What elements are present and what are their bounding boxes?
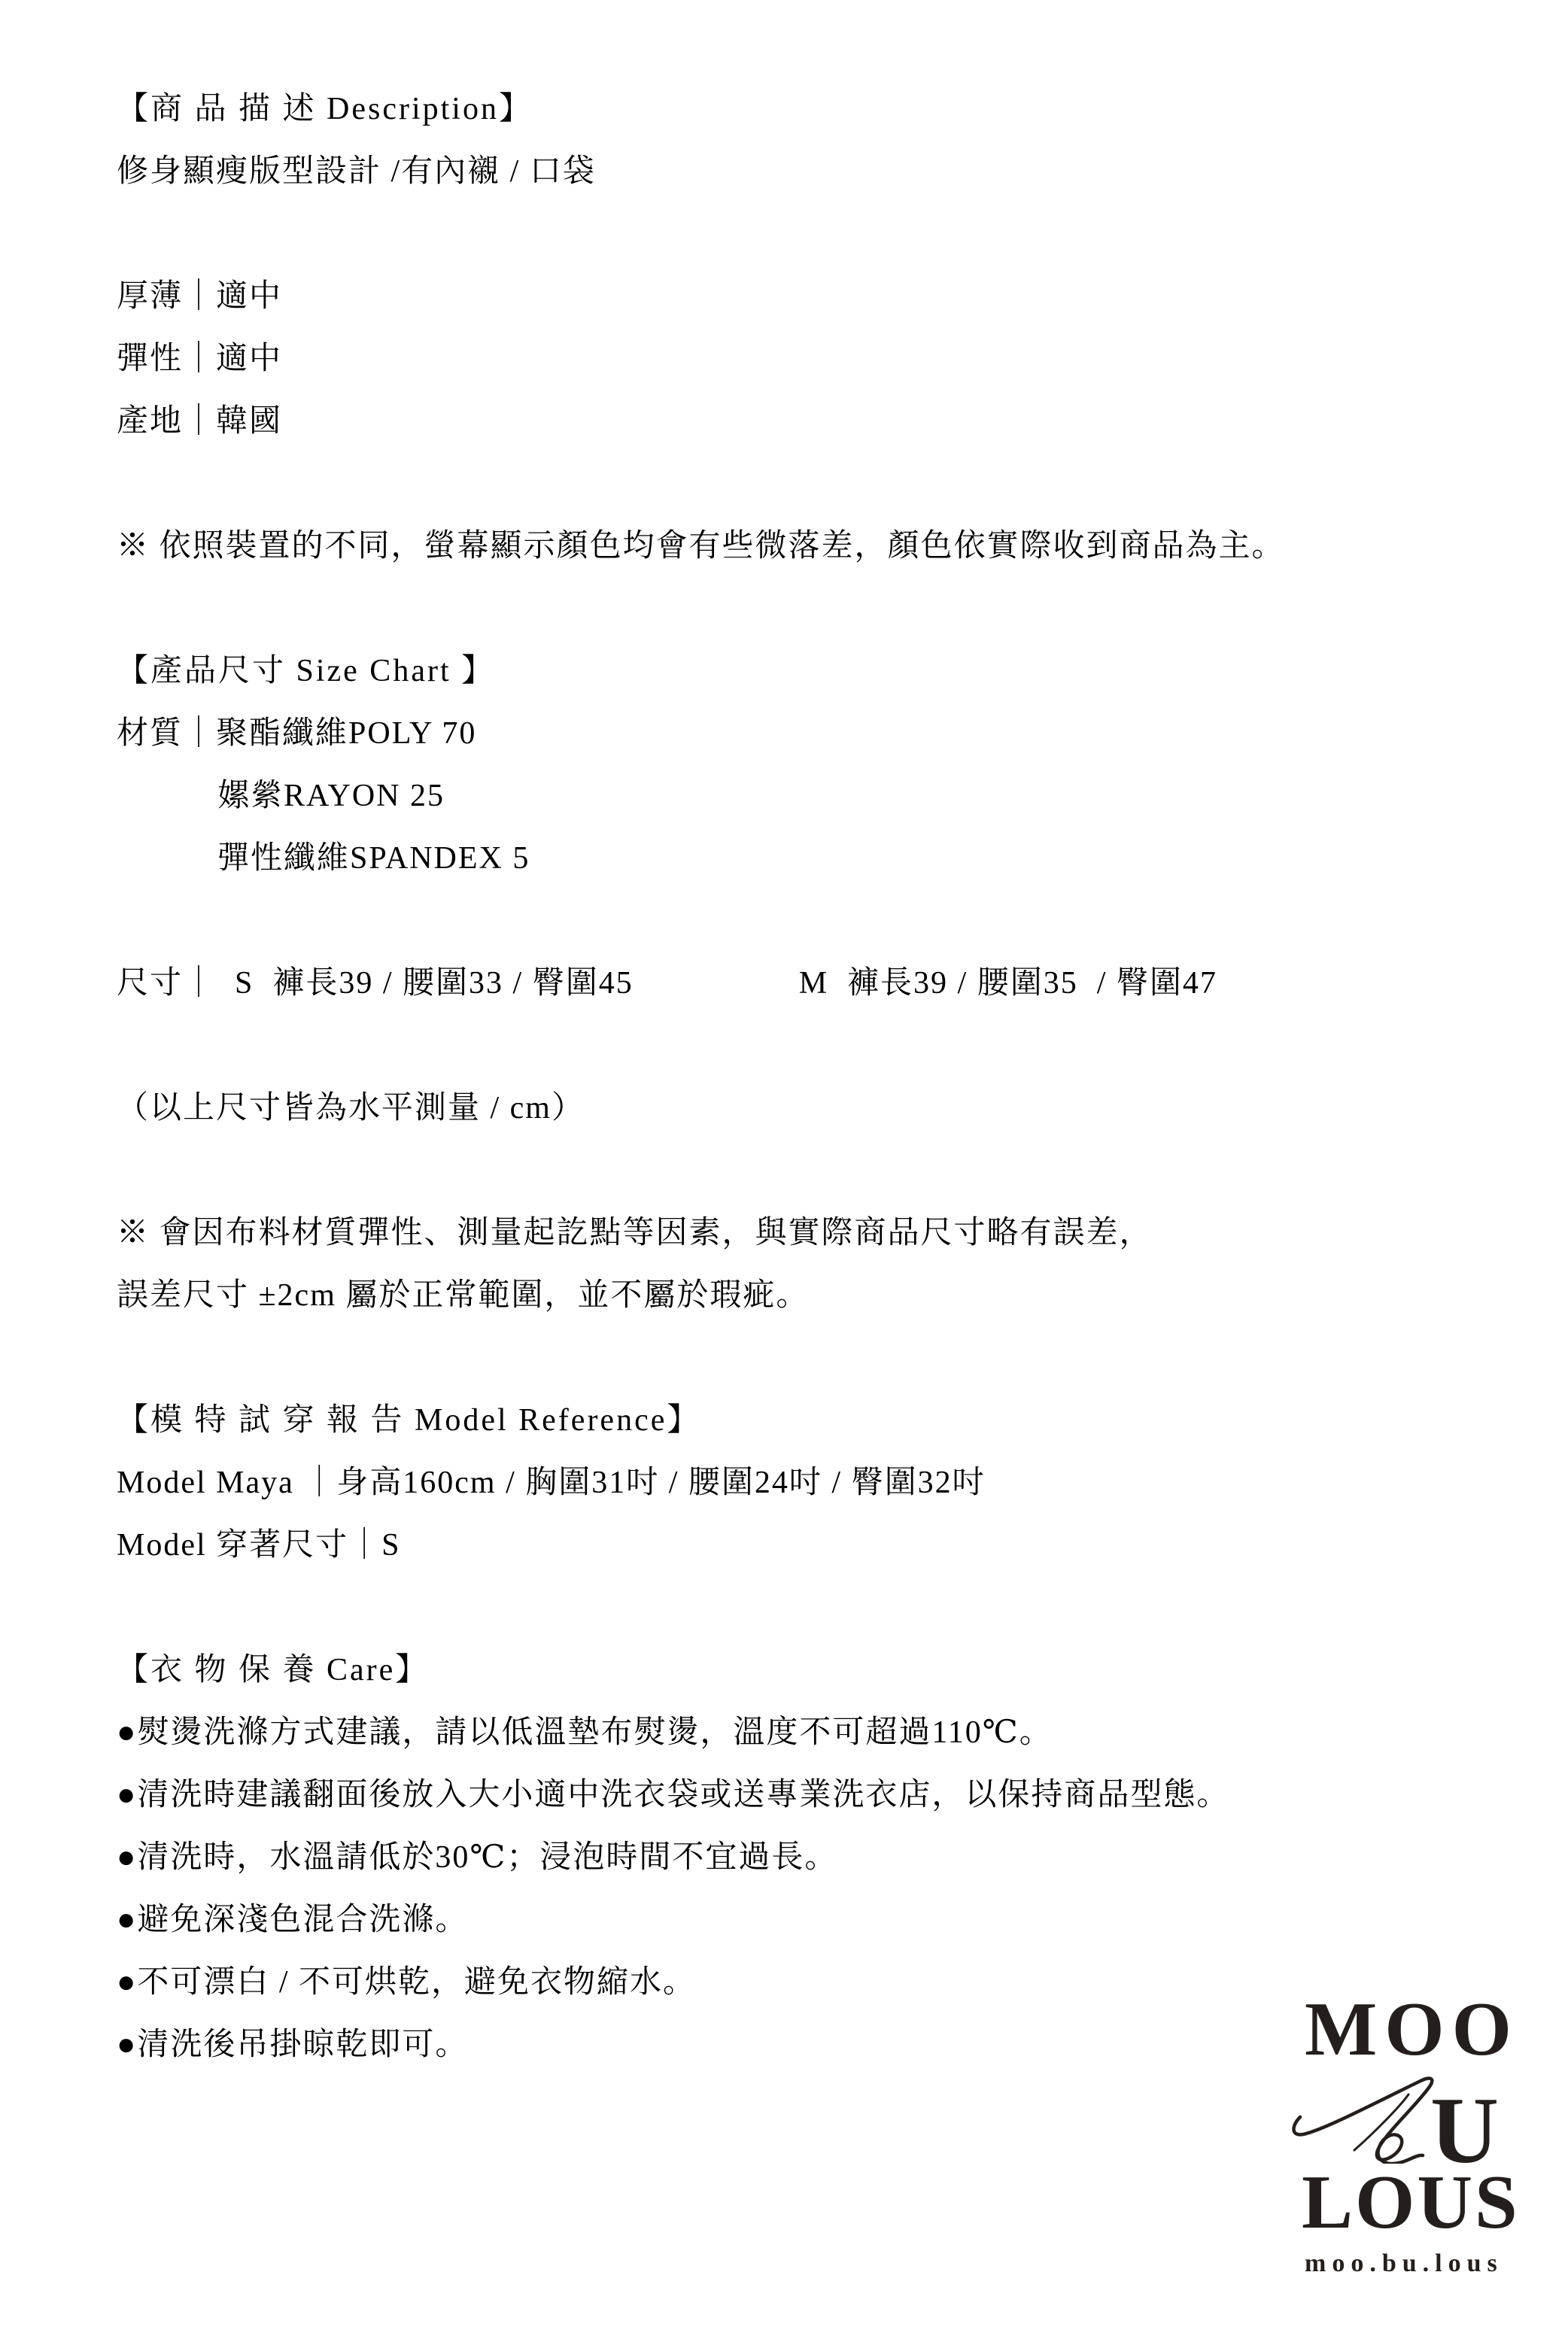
care-item-water-temp: ●清洗時，水溫請低於30℃；浸泡時間不宜過長。 [117,1823,1523,1885]
size-chart-heading: 【產品尺寸 Size Chart 】 [117,636,1523,699]
logo-text-u: U [1430,2084,1499,2179]
attribute-origin: 產地｜韓國 [117,387,1523,449]
section-gap [117,1573,1523,1636]
model-reference-heading: 【模 特 試 穿 報 告 Model Reference】 [117,1386,1523,1448]
section-gap [117,1011,1523,1074]
section-gap [117,1136,1523,1198]
section-gap [117,886,1523,949]
color-disclaimer-note: ※ 依照裝置的不同，螢幕顯示顏色均會有些微落差，顏色依實際收到商品為主。 [117,512,1523,574]
size-s-measurements: 尺寸｜ S 褲長39 / 腰圍33 / 臀圍45 [117,958,634,1003]
care-heading: 【衣 物 保 養 Care】 [117,1636,1523,1698]
section-gap [117,449,1523,512]
care-item-ironing: ●熨燙洗滌方式建議，請以低溫墊布熨燙，溫度不可超過110℃。 [117,1698,1523,1760]
section-gap [117,574,1523,636]
logo-middle-row: U [1272,2064,1502,2161]
material-line-poly: 材質｜聚酯纖維POLY 70 [117,699,1523,761]
size-measurements-line: 尺寸｜ S 褲長39 / 腰圍33 / 臀圍45 M 褲長39 / 腰圍35 /… [117,949,1523,1011]
care-item-laundry-bag: ●清洗時建議翻面後放入大小適中洗衣袋或送專業洗衣店，以保持商品型態。 [117,1760,1523,1823]
model-measurements-line: Model Maya ｜身高160cm / 胸圍31吋 / 腰圍24吋 / 臀圍… [117,1448,1523,1511]
attribute-thickness: 厚薄｜適中 [117,262,1523,324]
section-gap [117,199,1523,262]
product-description-content: 【商 品 描 述 Description】 修身顯瘦版型設計 /有內襯 / 口袋… [0,0,1568,2073]
model-wearing-size-line: Model 穿著尺寸｜S [117,1511,1523,1573]
section-gap [117,1323,1523,1386]
description-summary: 修身顯瘦版型設計 /有內襯 / 口袋 [117,137,1523,199]
logo-text-moo: MOO [1272,1995,1502,2064]
measurement-unit-note: （以上尺寸皆為水平測量 / cm） [117,1074,1523,1136]
logo-script-bu-icon [1287,2066,1437,2164]
material-line-rayon: 嫘縈RAYON 25 [117,761,1523,824]
tolerance-note-line2: 誤差尺寸 ±2cm 屬於正常範圍，並不屬於瑕疵。 [117,1261,1523,1323]
material-line-spandex: 彈性纖維SPANDEX 5 [117,824,1523,886]
product-description-page: 【商 品 描 述 Description】 修身顯瘦版型設計 /有內襯 / 口袋… [0,0,1568,2351]
description-heading: 【商 品 描 述 Description】 [117,74,1523,137]
brand-logo: MOO U LOUS moo.bu.lous [1272,1995,1502,2278]
attribute-elasticity: 彈性｜適中 [117,324,1523,387]
tolerance-note-line1: ※ 會因布料材質彈性、測量起訖點等因素，與實際商品尺寸略有誤差， [117,1198,1523,1261]
size-m-measurements: M 褲長39 / 腰圍35 / 臀圍47 [799,958,1217,1003]
logo-handle-text: moo.bu.lous [1272,2249,1502,2278]
care-item-color-mixing: ●避免深淺色混合洗滌。 [117,1885,1523,1948]
